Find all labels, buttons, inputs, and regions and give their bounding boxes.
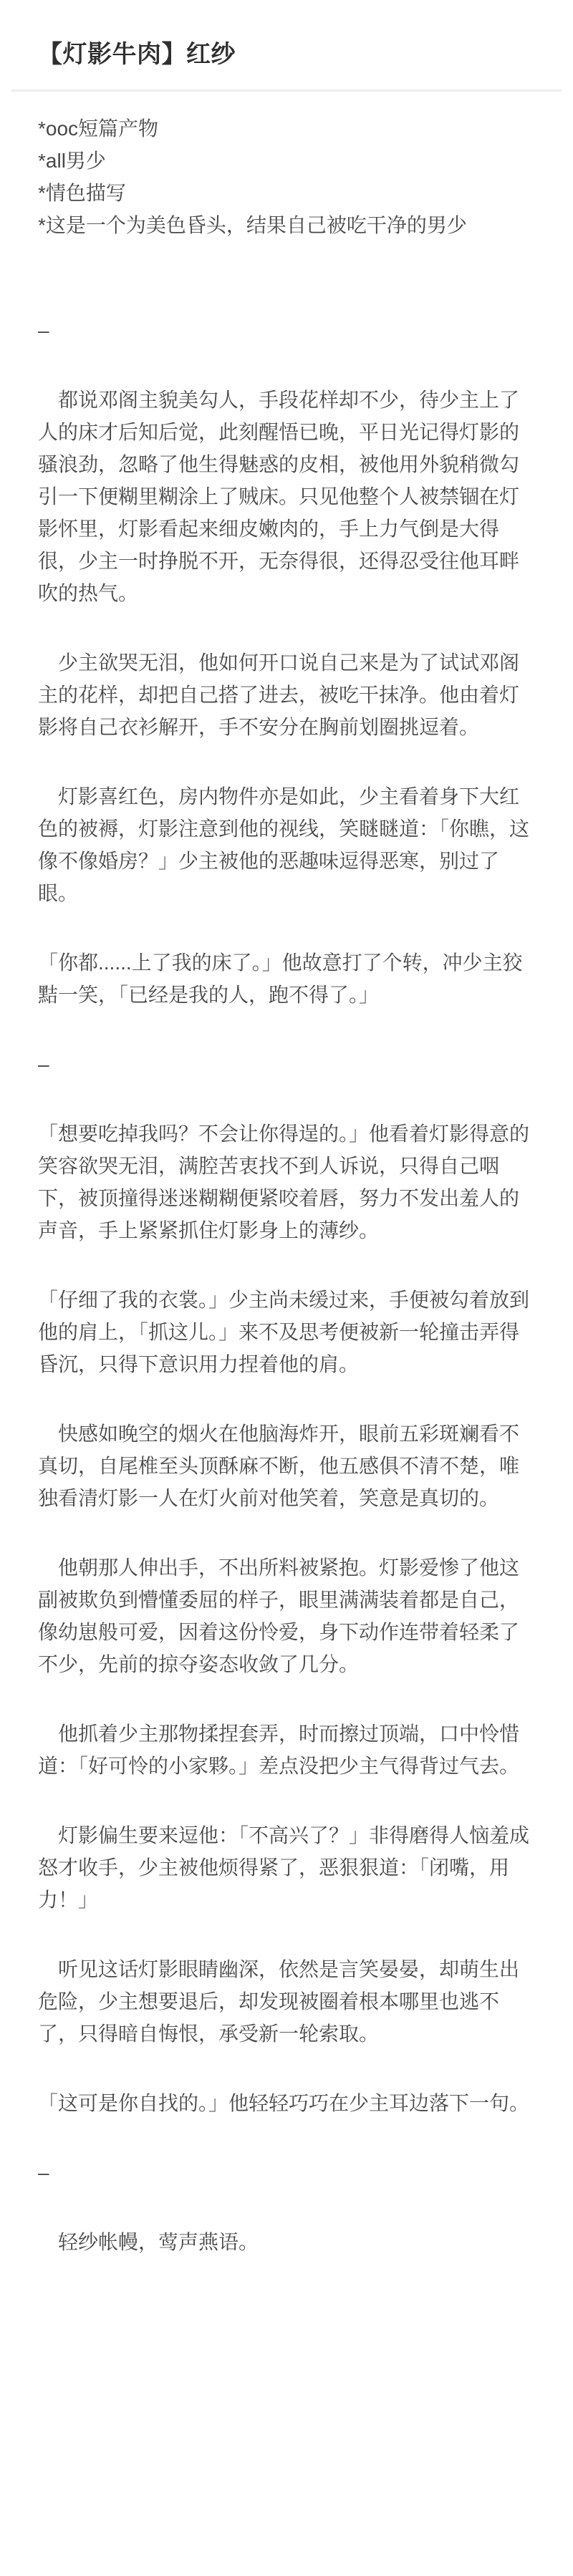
paragraph: 「这可是你自找的。」他轻轻巧巧在少主耳边落下一句。 (38, 2087, 535, 2119)
paragraph: 少主欲哭无泪，他如何开口说自己来是为了试试邓阁主的花样，却把自己搭了进去，被吃干… (38, 647, 535, 743)
paragraph: 灯影喜红色，房内物件亦是如此，少主看着身下大红色的被褥，灯影注意到他的视线，笑瞇… (38, 780, 535, 909)
tags-block: *ooc短篇产物 *all男少 *情色描写 *这是一个为美色昏头，结果自己被吃干… (38, 112, 535, 241)
post-page: 【灯影牛肉】红纱 *ooc短篇产物 *all男少 *情色描写 *这是一个为美色昏… (0, 0, 573, 2576)
paragraph: 都说邓阁主貌美勾人，手段花样却不少，待少主上了人的床才后知后觉，此刻醒悟已晚，平… (38, 384, 535, 609)
separator: – (38, 2156, 535, 2189)
paragraph: 「你都......上了我的床了。」他故意打了个转，冲少主狡黠一笑，「已经是我的人… (38, 946, 535, 1011)
separator: – (38, 279, 535, 347)
post-title: 【灯影牛肉】红纱 (38, 37, 535, 72)
separator: – (38, 1048, 535, 1080)
title-divider (11, 89, 562, 92)
post-body: *ooc短篇产物 *all男少 *情色描写 *这是一个为美色昏头，结果自己被吃干… (38, 112, 535, 2258)
paragraph: 快感如晚空的烟火在他脑海炸开，眼前五彩斑斓看不真切，自尾椎至头顶酥麻不断，他五感… (38, 1418, 535, 1514)
paragraph: 轻纱帐幔，莺声燕语。 (38, 2226, 535, 2258)
paragraph: 他抓着少主那物揉捏套弄，时而擦过顶端，口中怜惜道：「好可怜的小家夥。」差点没把少… (38, 1718, 535, 1782)
paragraph: 灯影偏生要来逗他：「不高兴了？」非得磨得人恼羞成怒才收手，少主被他烦得紧了，恶狠… (38, 1819, 535, 1916)
paragraph: 「想要吃掉我吗？不会让你得逞的。」他看着灯影得意的笑容欲哭无泪，满腔苦衷找不到人… (38, 1118, 535, 1246)
paragraph: 他朝那人伸出手，不出所料被紧抱。灯影爱惨了他这副被欺负到懵懂委屈的样子，眼里满满… (38, 1551, 535, 1680)
paragraph: 「仔细了我的衣裳。」少主尚未缓过来，手便被勾着放到他的肩上，「抓这儿。」来不及思… (38, 1284, 535, 1380)
paragraph: 听见这话灯影眼睛幽深，依然是言笑晏晏，却萌生出危险，少主想要退后，却发现被圈着根… (38, 1953, 535, 2050)
